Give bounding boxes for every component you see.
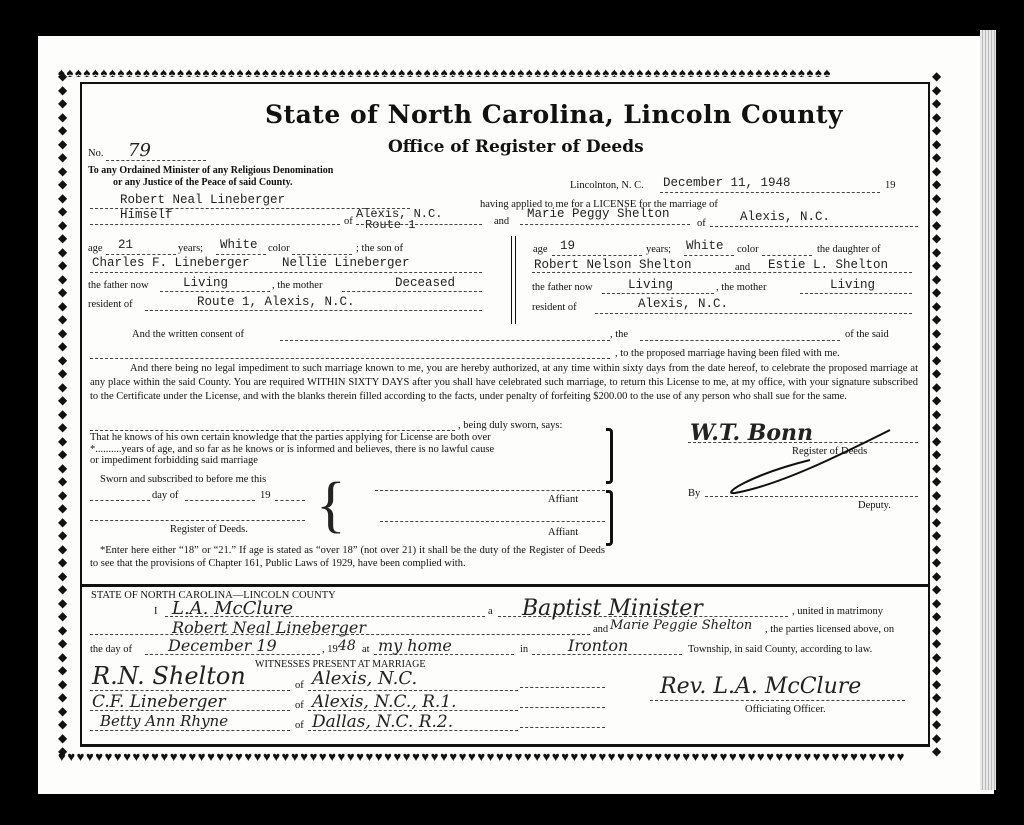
- groom-of-label: of: [344, 216, 353, 227]
- ornamental-border-left: ◆◆◆◆◆◆◆◆◆◆◆◆◆◆◆◆◆◆◆◆◆◆◆◆◆◆◆◆◆◆◆◆◆◆◆◆◆◆◆◆…: [58, 70, 72, 760]
- license-number-value: 79: [128, 140, 151, 161]
- ornamental-border-right: ◆◆◆◆◆◆◆◆◆◆◆◆◆◆◆◆◆◆◆◆◆◆◆◆◆◆◆◆◆◆◆◆◆◆◆◆◆◆◆◆…: [932, 70, 946, 760]
- document-subtitle: Office of Register of Deeds: [388, 137, 644, 157]
- bride-father: Robert Nelson Shelton: [534, 258, 692, 272]
- certificate-a-label: a: [488, 606, 493, 617]
- witness-2-of: of: [295, 700, 304, 711]
- bride-resident-label: resident of: [532, 302, 577, 313]
- groom-father-status: Living: [183, 276, 228, 290]
- certificate-i-label: I: [154, 606, 158, 617]
- bride-mother-status: Living: [830, 278, 875, 292]
- officer-signature: Rev. L.A. McClure: [660, 674, 861, 699]
- witness-3-name: Betty Ann Rhyne: [100, 712, 228, 730]
- written-consent-label: And the written consent of: [132, 329, 244, 340]
- united-label: , united in matrimony: [792, 606, 883, 617]
- marriage-year: 48: [338, 638, 356, 654]
- witness-3-of: of: [295, 720, 304, 731]
- bride-of: Alexis, N.C.: [740, 210, 830, 224]
- certificate-groom: Robert Neal Lineberger: [172, 618, 366, 637]
- document-title: State of North Carolina, Lincoln County: [265, 100, 843, 129]
- year-label: 19: [885, 180, 896, 191]
- bride-parents-and: and: [735, 262, 750, 273]
- bride-color: White: [686, 239, 724, 253]
- place-label: Lincolnton, N. C.: [570, 180, 644, 191]
- groom-age: 21: [118, 238, 133, 252]
- groom-mother: Nellie Lineberger: [282, 256, 410, 270]
- day-of-label: day of: [152, 490, 179, 501]
- bride-father-status: Living: [628, 278, 673, 292]
- groom-of-line2: Route 1: [365, 218, 415, 232]
- consent-filed-label: , to the proposed marriage having been f…: [615, 348, 840, 359]
- curly-brace: {: [316, 474, 346, 536]
- at-label: at: [362, 644, 370, 655]
- officiant-name: L.A. McClure: [172, 598, 293, 619]
- page-stack-edge: [980, 30, 996, 790]
- deputy-label: Deputy.: [858, 500, 891, 511]
- ornamental-border-bottom: ♥♥♥♥♥♥♥♥♥♥♥♥♥♥♥♥♥♥♥♥♥♥♥♥♥♥♥♥♥♥♥♥♥♥♥♥♥♥♥♥…: [58, 750, 948, 764]
- groom-age-label: age: [88, 243, 103, 254]
- certificate-and-label: and: [593, 624, 608, 635]
- groom-name: Himself: [120, 208, 173, 222]
- witness-1-place: Alexis, N.C.: [312, 668, 417, 689]
- officiating-officer-label: Officiating Officer.: [745, 704, 826, 715]
- affidavit-year-label: 19: [260, 490, 271, 501]
- witness-2-place: Alexis, N.C., R.1.: [312, 692, 457, 712]
- witness-1-of: of: [295, 680, 304, 691]
- sworn-says-label: , being duly sworn, says:: [458, 420, 562, 431]
- bride-color-label: color: [737, 244, 759, 255]
- witness-1-name: R.N. Shelton: [92, 662, 246, 690]
- year-prefix: , 19: [322, 644, 338, 655]
- groom-mother-status: Deceased: [395, 276, 455, 290]
- register-label: Register of Deeds: [792, 446, 867, 457]
- township-label: Township, in said County, according to l…: [688, 644, 872, 655]
- witness-3-place: Dallas, N.C. R.2.: [312, 712, 453, 732]
- son-of-label: ; the son of: [356, 243, 403, 254]
- of-said-label: of the said: [845, 329, 889, 340]
- groom-father-now-label: the father now: [88, 280, 149, 291]
- groom-father: Charles F. Lineberger: [92, 256, 250, 270]
- certificate-bride: Marie Peggie Shelton: [610, 618, 752, 633]
- affidavit-line-1: That he knows of his own certain knowled…: [90, 432, 605, 443]
- consent-the-label: , the: [610, 329, 628, 340]
- bride-years-label: years;: [646, 244, 671, 255]
- marriage-place: my home: [378, 636, 452, 655]
- parties-label: , the parties licensed above, on: [765, 624, 894, 635]
- affiant-label-1: Affiant: [548, 494, 578, 505]
- affidavit-line-3: or impediment forbidding said marriage: [90, 455, 258, 466]
- bride-name: Marie Peggy Shelton: [527, 207, 670, 221]
- bride-mother: Estie L. Shelton: [768, 258, 888, 272]
- groom-color: White: [220, 238, 258, 252]
- affidavit-bracket: [606, 428, 613, 484]
- affidavit-line-2: *..........years of age, and so far as h…: [90, 444, 494, 455]
- bride-mother-label: , the mother: [716, 282, 766, 293]
- sworn-subscribed-label: Sworn and subscribed to before me this: [100, 474, 266, 485]
- bride-of-label: of: [697, 218, 706, 229]
- register-of-deeds-label: Register of Deeds.: [170, 524, 248, 535]
- bride-age: 19: [560, 239, 575, 253]
- ornamental-border-top: ♠♠♠♠♠♠♠♠♠♠♠♠♠♠♠♠♠♠♠♠♠♠♠♠♠♠♠♠♠♠♠♠♠♠♠♠♠♠♠♠…: [58, 66, 948, 80]
- day-of-label-certificate: the day of: [90, 644, 132, 655]
- township: Ironton: [568, 636, 628, 655]
- affiant-bracket: [606, 490, 613, 546]
- issue-date: December 11, 1948: [663, 176, 791, 190]
- witness-2-name: C.F. Lineberger: [92, 692, 226, 712]
- groom-color-label: color: [268, 243, 290, 254]
- daughter-of-label: the daughter of: [817, 244, 881, 255]
- groom-years-label: years;: [178, 243, 203, 254]
- affiant-label-2: Affiant: [548, 527, 578, 538]
- and-label: and: [494, 216, 509, 227]
- groom-resident-label: resident of: [88, 299, 133, 310]
- groom-resident: Route 1, Alexis, N.C.: [197, 295, 355, 309]
- marriage-date: December 19: [168, 636, 277, 655]
- groom-mother-label: , the mother: [272, 280, 322, 291]
- applicant-name: Robert Neal Lineberger: [120, 193, 285, 207]
- authorization-paragraph: And there being no legal impediment to s…: [90, 362, 918, 404]
- license-number-label: No.: [88, 148, 103, 159]
- by-label: By: [688, 488, 700, 499]
- signature-flourish: [720, 425, 900, 500]
- address-line-2: or any Justice of the Peace of said Coun…: [113, 177, 293, 188]
- address-line-1: To any Ordained Minister of any Religiou…: [88, 165, 333, 176]
- age-footnote: *Enter here either “18” or “21.” If age …: [90, 545, 605, 570]
- bride-father-now-label: the father now: [532, 282, 593, 293]
- in-label: in: [520, 644, 528, 655]
- bride-age-label: age: [533, 244, 548, 255]
- bride-resident: Alexis, N.C.: [638, 297, 728, 311]
